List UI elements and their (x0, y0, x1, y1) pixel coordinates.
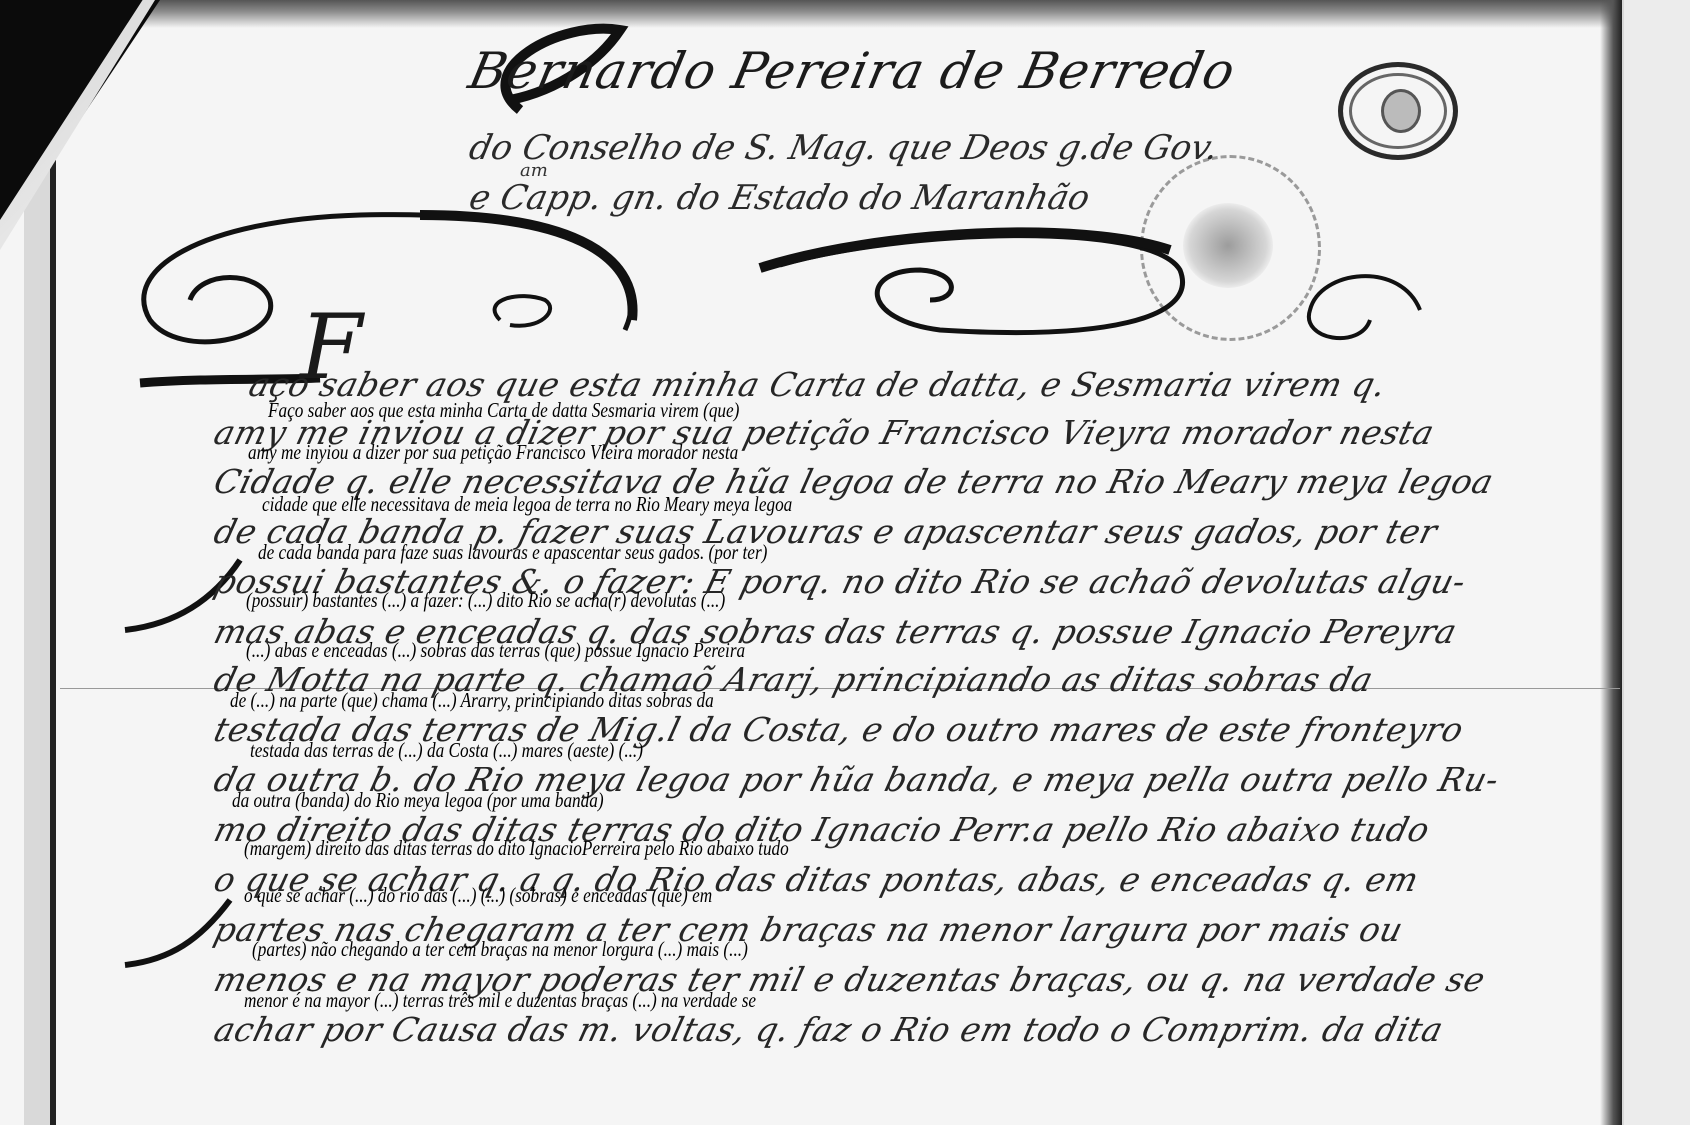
transcription-line: (possuir) bastantes (...) a fazer: (...)… (246, 588, 725, 613)
transcription-line: cidade que elle necessitava de meia lego… (262, 492, 792, 517)
manuscript-line: achar por Causa das m. voltas, q. faz o … (210, 1010, 1447, 1049)
transcription-line: de cada banda para faze suas lavouras e … (258, 540, 767, 565)
transcription-line: menor é na mayor (...) terras três mil e… (244, 988, 756, 1013)
transcription-line: (...) abas e enceadas (...) sobras das t… (246, 638, 745, 663)
transcription-line: Faço saber aos que esta minha Carta de d… (268, 398, 739, 423)
transcription-line: o que se achar (...) do rio das (...) (.… (244, 883, 712, 908)
transcription-line: (margem) direito das ditas terras do dit… (244, 836, 789, 861)
transcription-line: de (...) na parte (que) chama (...) Arar… (230, 688, 714, 713)
transcription-line: amy me inyiou a dizer por sua petição Fr… (248, 440, 738, 465)
manuscript-subtitle-2: e Capp. gn. do Estado do Maranhão (466, 178, 1094, 218)
manuscript-title: Bernardo Pereira de Berredo (464, 42, 1241, 100)
transcription-line: (partes) não chegando a ter cem braças n… (252, 937, 748, 962)
manuscript-page: Bernardo Pereira de Berredo do Conselho … (0, 0, 1690, 1125)
transcription-line: da outra (banda) do Rio meya legoa (por … (232, 788, 604, 813)
transcription-line: testada das terras de (...) da Costa (..… (250, 738, 643, 763)
manuscript-subtitle-1: do Conselho de S. Mag. que Deos g.de Gov… (466, 128, 1222, 168)
